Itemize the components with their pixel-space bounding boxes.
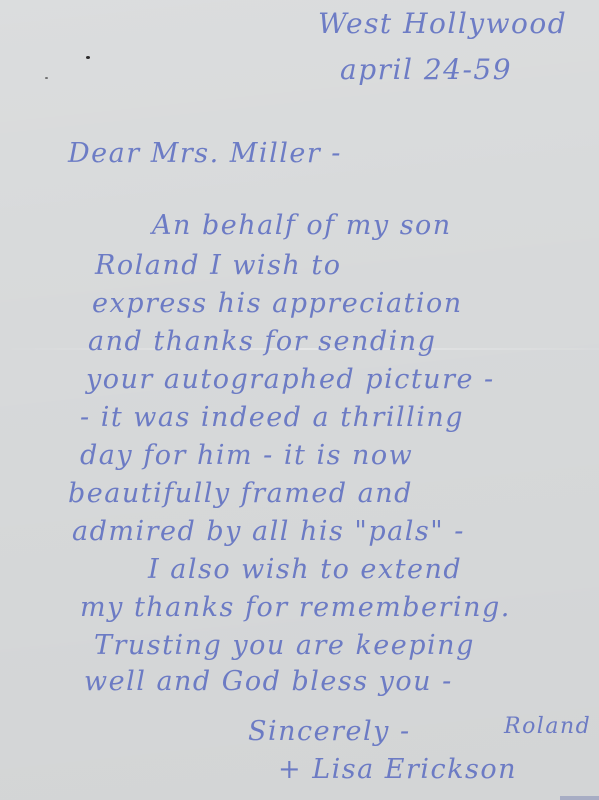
- letter-place: West Hollywood: [318, 10, 567, 38]
- paper-speck: [86, 56, 90, 59]
- letter-body-line: express his appreciation: [92, 290, 463, 317]
- letter-body-line: your autographed picture -: [86, 366, 495, 393]
- letter-date: april 24-59: [340, 56, 512, 84]
- letter-closing: Sincerely -: [248, 718, 411, 745]
- handwritten-letter-page: West Hollywood april 24-59 Dear Mrs. Mil…: [0, 0, 599, 800]
- letter-body-line: - it was indeed a thrilling: [80, 404, 464, 431]
- page-edge-mark: [560, 796, 599, 800]
- letter-salutation: Dear Mrs. Miller -: [68, 140, 342, 167]
- letter-body-line: my thanks for remembering.: [80, 594, 511, 621]
- letter-signature-lisa-erickson: + Lisa Erickson: [278, 756, 517, 783]
- letter-body-line: and thanks for sending: [88, 328, 436, 355]
- letter-body-line: well and God bless you -: [84, 668, 453, 695]
- letter-signature-roland: Roland: [504, 716, 591, 738]
- letter-body-line: admired by all his "pals" -: [72, 518, 465, 545]
- letter-body-line: I also wish to extend: [148, 556, 462, 583]
- letter-body-line: Roland I wish to: [95, 252, 342, 279]
- letter-body-line: day for him - it is now: [80, 442, 413, 469]
- letter-body-line: Trusting you are keeping: [94, 632, 475, 659]
- letter-body-line: beautifully framed and: [68, 480, 413, 507]
- paper-speck: [45, 77, 48, 79]
- letter-body-line: An behalf of my son: [152, 212, 452, 239]
